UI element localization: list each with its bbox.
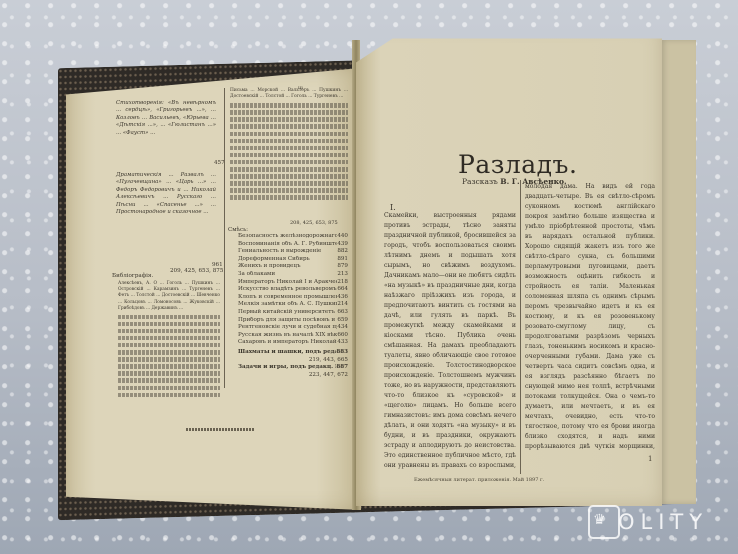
column-rule <box>224 88 225 388</box>
list-item: Мелкія замѣтки объ А. С. Пушкинѣ и его п… <box>238 301 348 309</box>
puzzles-entry: Задачи и игры, подъ редакц. Ю. О. Г.887 <box>238 364 348 372</box>
list-item: Женихъ и провидецъ879 <box>238 263 348 271</box>
end-ornament-line <box>186 428 254 431</box>
page-mark: 1 <box>648 455 652 463</box>
chess-pages: 219, 443, 665 <box>238 357 348 365</box>
puzzles-pages: 223, 447, 672 <box>238 372 348 380</box>
list-item: Воспоминанія объ А. Г. Рубинштейнѣ439 <box>238 241 348 249</box>
list-item: Клопъ и современное промышленное вліяніе… <box>238 294 348 302</box>
list-item: Дореформенная Сибирь891 <box>238 256 348 264</box>
list-item: Сахаровъ и императоръ Николай I433 <box>238 339 348 347</box>
left-column-1b: Драматическія ... Развалъ ... «Пугачевщи… <box>116 172 216 216</box>
list-item: Императоръ Николай I и Аракчеевъ218 <box>238 279 348 287</box>
chess-entry: Шахматы и шашки, подъ редакціей Э. С. Ши… <box>238 349 348 357</box>
list-item: Приборъ для защиты посѣвовъ и насажденій… <box>238 317 348 325</box>
story-column-1: Скамейки, выстроенныя рядами противъ эст… <box>384 211 516 473</box>
byline-prefix: Разсказъ <box>462 177 498 186</box>
page-footer: Ежемѣсячныя литерат. приложенія. Май 189… <box>414 477 544 483</box>
story-column-rule <box>520 180 521 474</box>
list-item: Рентгеновскіе лучи и судебная практика43… <box>238 324 348 332</box>
list-item: Русская жизнь въ началѣ XIX вѣка660 <box>238 332 348 340</box>
story-column-2: молодая дама. На видъ ей года двадцать-ч… <box>525 182 655 452</box>
list-item: Безопасность желѣзнодорожнаго передвижен… <box>238 233 348 241</box>
index-paragraph-2: Драматическія ... Развалъ ... «Пугачевщи… <box>116 172 216 216</box>
list-item: Гениальность и вырожденіе882 <box>238 248 348 256</box>
bibliography-block: Алексѣевъ, А. О ... Гоголь ... Пушкинъ .… <box>118 281 220 400</box>
index-pages-list: 209, 425, 653, 875 <box>170 268 223 275</box>
list-item: Искусство владѣть револьверомъ664 <box>238 286 348 294</box>
crown-icon: ♛ <box>593 512 606 528</box>
left-column-1: Стихотворенія: «Въ невѣрномъ ... сердцѣ»… <box>116 100 216 137</box>
left-column-2-header: Письма ... Морской ... Вальтеръ ... Пушк… <box>230 88 348 203</box>
index-header-pages: 208, 425, 653, 875 <box>290 220 338 227</box>
bibliography-label: Библіографія. <box>112 273 153 280</box>
list-item: За облаками213 <box>238 271 348 279</box>
index-paragraph-1: Стихотворенія: «Въ невѣрномъ ... сердцѣ»… <box>116 100 216 137</box>
list-item: Первый китайскій университетъ663 <box>238 309 348 317</box>
bibliography-text: Алексѣевъ, А. О ... Гоголь ... Пушкинъ .… <box>118 281 220 312</box>
story-title: Разладъ. <box>458 150 577 179</box>
page-edges <box>660 40 696 504</box>
index-header-text: Письма ... Морской ... Вальтеръ ... Пушк… <box>230 88 348 101</box>
misc-entries-list: Безопасность желѣзнодорожнаго передвижен… <box>238 233 348 379</box>
watermark-text: OLITY <box>618 510 708 534</box>
